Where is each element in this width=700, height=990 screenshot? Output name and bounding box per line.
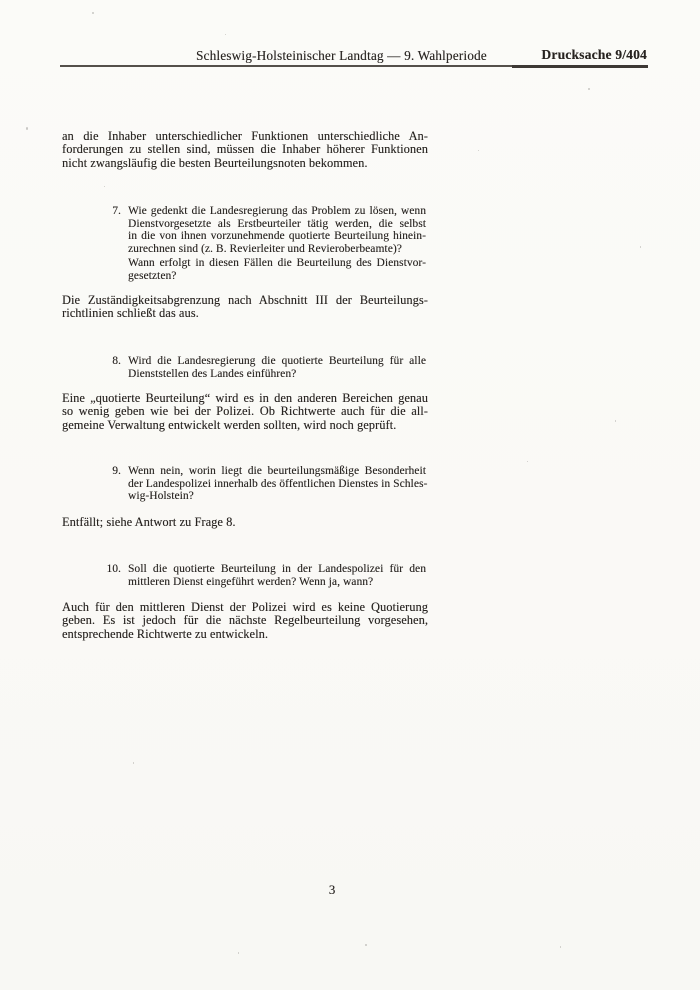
text-line: geben. Es ist jedoch für die nächste Reg…: [62, 614, 428, 627]
scan-speckle: [588, 88, 590, 90]
answer-7: Die Zuständigkeitsabgrenzung nach Abschn…: [62, 294, 428, 321]
text-line: zurechnen sind (z. B. Revierleiter und R…: [128, 243, 426, 256]
answer-9: Entfällt; siehe Antwort zu Frage 8.: [62, 516, 428, 529]
text-line: Wird die Landesregierung die quotierte B…: [128, 355, 426, 368]
text-line: Dienstvorgesetzte als Erstbeurteiler tät…: [128, 218, 426, 231]
text-line: Die Zuständigkeitsabgrenzung nach Abschn…: [62, 294, 428, 307]
text-line: an die Inhaber unterschiedlicher Funktio…: [62, 130, 428, 143]
text-line: entsprechende Richtwerte zu entwickeln.: [62, 628, 428, 641]
question-9: 9. Wenn nein, worin liegt die beurteilun…: [100, 465, 426, 503]
scan-speckle: [640, 246, 641, 248]
header-rule-accent: [512, 65, 648, 68]
text-line: Dienststellen des Landes einführen?: [128, 368, 426, 381]
text-line: wig-Holstein?: [128, 490, 426, 503]
question-number: 10.: [100, 563, 121, 576]
text-line: Auch für den mittleren Dienst der Polize…: [62, 601, 428, 614]
text-line: in die von ihnen vorzunehmende quotierte…: [128, 230, 426, 243]
text-line: Eine „quotierte Beurteilung“ wird es in …: [62, 392, 428, 405]
question-number: 7.: [100, 205, 121, 218]
scan-speckle: [225, 34, 226, 35]
question-text: Wenn nein, worin liegt die beurteilungsm…: [128, 465, 426, 503]
text-line: der Landespolizei innerhalb des öffentli…: [128, 478, 426, 491]
scan-speckle: [133, 762, 134, 764]
question-7: 7. Wie gedenkt die Landesregierung das P…: [100, 205, 426, 282]
page-number: 3: [322, 882, 342, 898]
document-page: Schleswig-Holsteinischer Landtag — 9. Wa…: [0, 0, 700, 990]
intro-paragraph: an die Inhaber unterschiedlicher Funktio…: [62, 130, 428, 170]
text-line: gemeine Verwaltung entwickelt werden sol…: [62, 419, 428, 432]
question-8: 8. Wird die Landesregierung die quotiert…: [100, 355, 426, 380]
question-text: Wird die Landesregierung die quotierte B…: [128, 355, 426, 380]
text-line: mittleren Dienst eingeführt werden? Wenn…: [128, 576, 426, 589]
scan-speckle: [104, 186, 105, 187]
text-line: Entfällt; siehe Antwort zu Frage 8.: [62, 516, 428, 529]
text-line: Wie gedenkt die Landesregierung das Prob…: [128, 205, 426, 218]
scan-speckle: [615, 420, 616, 422]
scan-speckle: [365, 944, 367, 946]
answer-8: Eine „quotierte Beurteilung“ wird es in …: [62, 392, 428, 432]
scan-speckle: [26, 127, 28, 130]
scan-speckle: [560, 946, 561, 948]
question-number: 8.: [100, 355, 121, 368]
text-line: richtlinien schließt das aus.: [62, 307, 428, 320]
text-line: forderungen zu stellen sind, müssen die …: [62, 143, 428, 156]
header-title: Schleswig-Holsteinischer Landtag — 9. Wa…: [196, 48, 487, 64]
text-line: gesetzten?: [128, 270, 426, 283]
text-line: so wenig geben wie bei der Polizei. Ob R…: [62, 405, 428, 418]
question-text-continued: Wann erfolgt in diesen Fällen die Beurte…: [128, 257, 426, 282]
question-text: Wie gedenkt die Landesregierung das Prob…: [128, 205, 426, 282]
text-line: nicht zwangsläufig die besten Beurteilun…: [62, 157, 428, 170]
text-line: Wenn nein, worin liegt die beurteilungsm…: [128, 465, 426, 478]
text-line: Wann erfolgt in diesen Fällen die Beurte…: [128, 257, 426, 270]
scan-speckle: [478, 150, 479, 151]
header-docnumber: Drucksache 9/404: [541, 47, 647, 63]
scan-speckle: [527, 461, 528, 462]
text-line: Soll die quotierte Beurteilung in der La…: [128, 563, 426, 576]
question-number: 9.: [100, 465, 121, 478]
answer-10: Auch für den mittleren Dienst der Polize…: [62, 601, 428, 641]
scan-speckle: [238, 952, 239, 954]
scan-speckle: [92, 12, 94, 14]
question-text: Soll die quotierte Beurteilung in der La…: [128, 563, 426, 588]
question-10: 10. Soll die quotierte Beurteilung in de…: [100, 563, 426, 588]
